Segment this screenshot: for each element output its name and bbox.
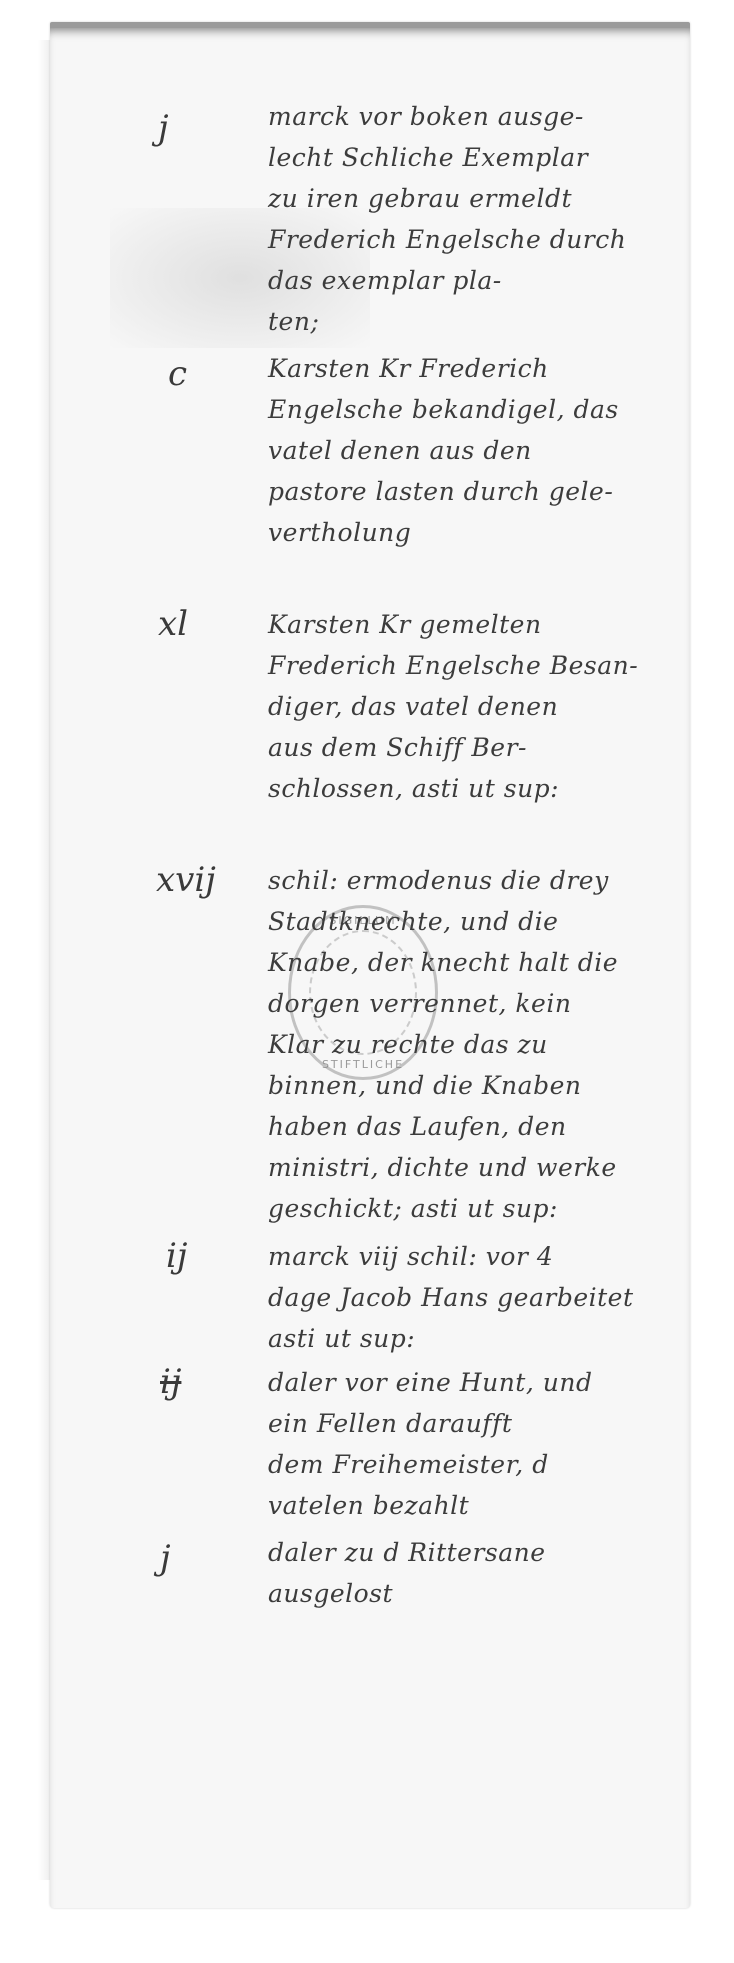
text-line: Engelsche bekandigel, das [268,389,688,430]
text-line: das exemplar pla- [268,260,688,301]
entry-text: schil: ermodenus die drey Stadtknechte, … [268,860,688,1229]
margin-amount: c [168,354,248,394]
text-line: Knabe, der knecht halt die [268,942,688,983]
text-line: marck vor boken ausge- [268,96,688,137]
entry-text: Karsten Kr Frederich Engelsche bekandige… [268,348,688,553]
text-line: diger, das vatel denen [268,686,688,727]
margin-amount: xvij [156,860,236,900]
text-line: dorgen verrennet, kein [268,983,688,1024]
text-line: asti ut sup: [268,1318,688,1359]
text-line: haben das Laufen, den [268,1106,688,1147]
text-line: pastore lasten durch gele- [268,471,688,512]
entry-text: daler vor eine Hunt, und ein Fellen dara… [268,1362,688,1526]
text-line: Karsten Kr Frederich [268,348,688,389]
margin-amount: ij [166,1236,246,1276]
text-line: Klar zu rechte das zu [268,1024,688,1065]
text-line: Frederich Engelsche durch [268,219,688,260]
text-line: dem Freihemeister, d [268,1444,688,1485]
margin-amount: xl [158,604,238,644]
entry-text: Karsten Kr gemelten Frederich Engelsche … [268,604,688,809]
text-line: daler vor eine Hunt, und [268,1362,688,1403]
text-line: vertholung [268,512,688,553]
text-line: lecht Schliche Exemplar [268,137,688,178]
text-line: schlossen, asti ut sup: [268,768,688,809]
text-line: ein Fellen daraufft [268,1403,688,1444]
text-line: daler zu d Rittersane [268,1532,688,1573]
text-line: marck viij schil: vor 4 [268,1236,688,1277]
text-line: vatelen bezahlt [268,1485,688,1526]
entry-text: marck vor boken ausge- lecht Schliche Ex… [268,96,688,342]
margin-amount: j [158,108,238,148]
text-line: ausgelost [268,1573,688,1614]
text-line: schil: ermodenus die drey [268,860,688,901]
margin-amount: j [160,1538,240,1578]
text-line: vatel denen aus den [268,430,688,471]
text-line: zu iren gebrau ermeldt [268,178,688,219]
text-line: ministri, dichte und werke [268,1147,688,1188]
text-line: Stadtknechte, und die [268,901,688,942]
text-line: Karsten Kr gemelten [268,604,688,645]
text-line: binnen, und die Knaben [268,1065,688,1106]
entry-text: marck viij schil: vor 4 dage Jacob Hans … [268,1236,688,1359]
text-line: geschickt; asti ut sup: [268,1188,688,1229]
text-line: ten; [268,301,688,342]
text-line: dage Jacob Hans gearbeitet [268,1277,688,1318]
text-line: aus dem Schiff Ber- [268,727,688,768]
entry-text: daler zu d Rittersane ausgelost [268,1532,688,1614]
margin-amount: ij [160,1362,240,1402]
text-line: Frederich Engelsche Besan- [268,645,688,686]
